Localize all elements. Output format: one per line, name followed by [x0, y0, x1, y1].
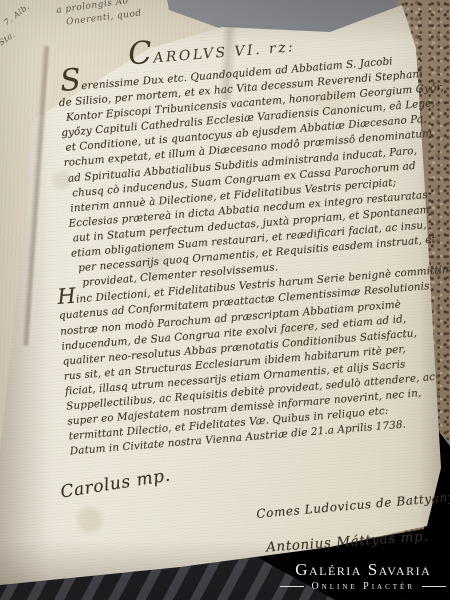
- manuscript-text-block: CAROLVS VI. rz: Serenissime Dux etc. Qua…: [36, 48, 450, 461]
- under-page-writing-fragment: Sta.: [0, 30, 17, 48]
- gallery-watermark: Galéria Savaria Online Piactér: [280, 560, 446, 592]
- photo-scene: a prolongis Ao Onerenti, quod 7. Alb. St…: [0, 0, 450, 600]
- gallery-watermark-subtitle: Online Piactér: [280, 581, 446, 592]
- gallery-watermark-title: Galéria Savaria: [280, 560, 446, 580]
- manuscript-body: Serenissime Dux etc. Quandoquidem ad Abb…: [36, 48, 450, 461]
- under-page-writing-fragment: 7. Alb.: [2, 2, 31, 27]
